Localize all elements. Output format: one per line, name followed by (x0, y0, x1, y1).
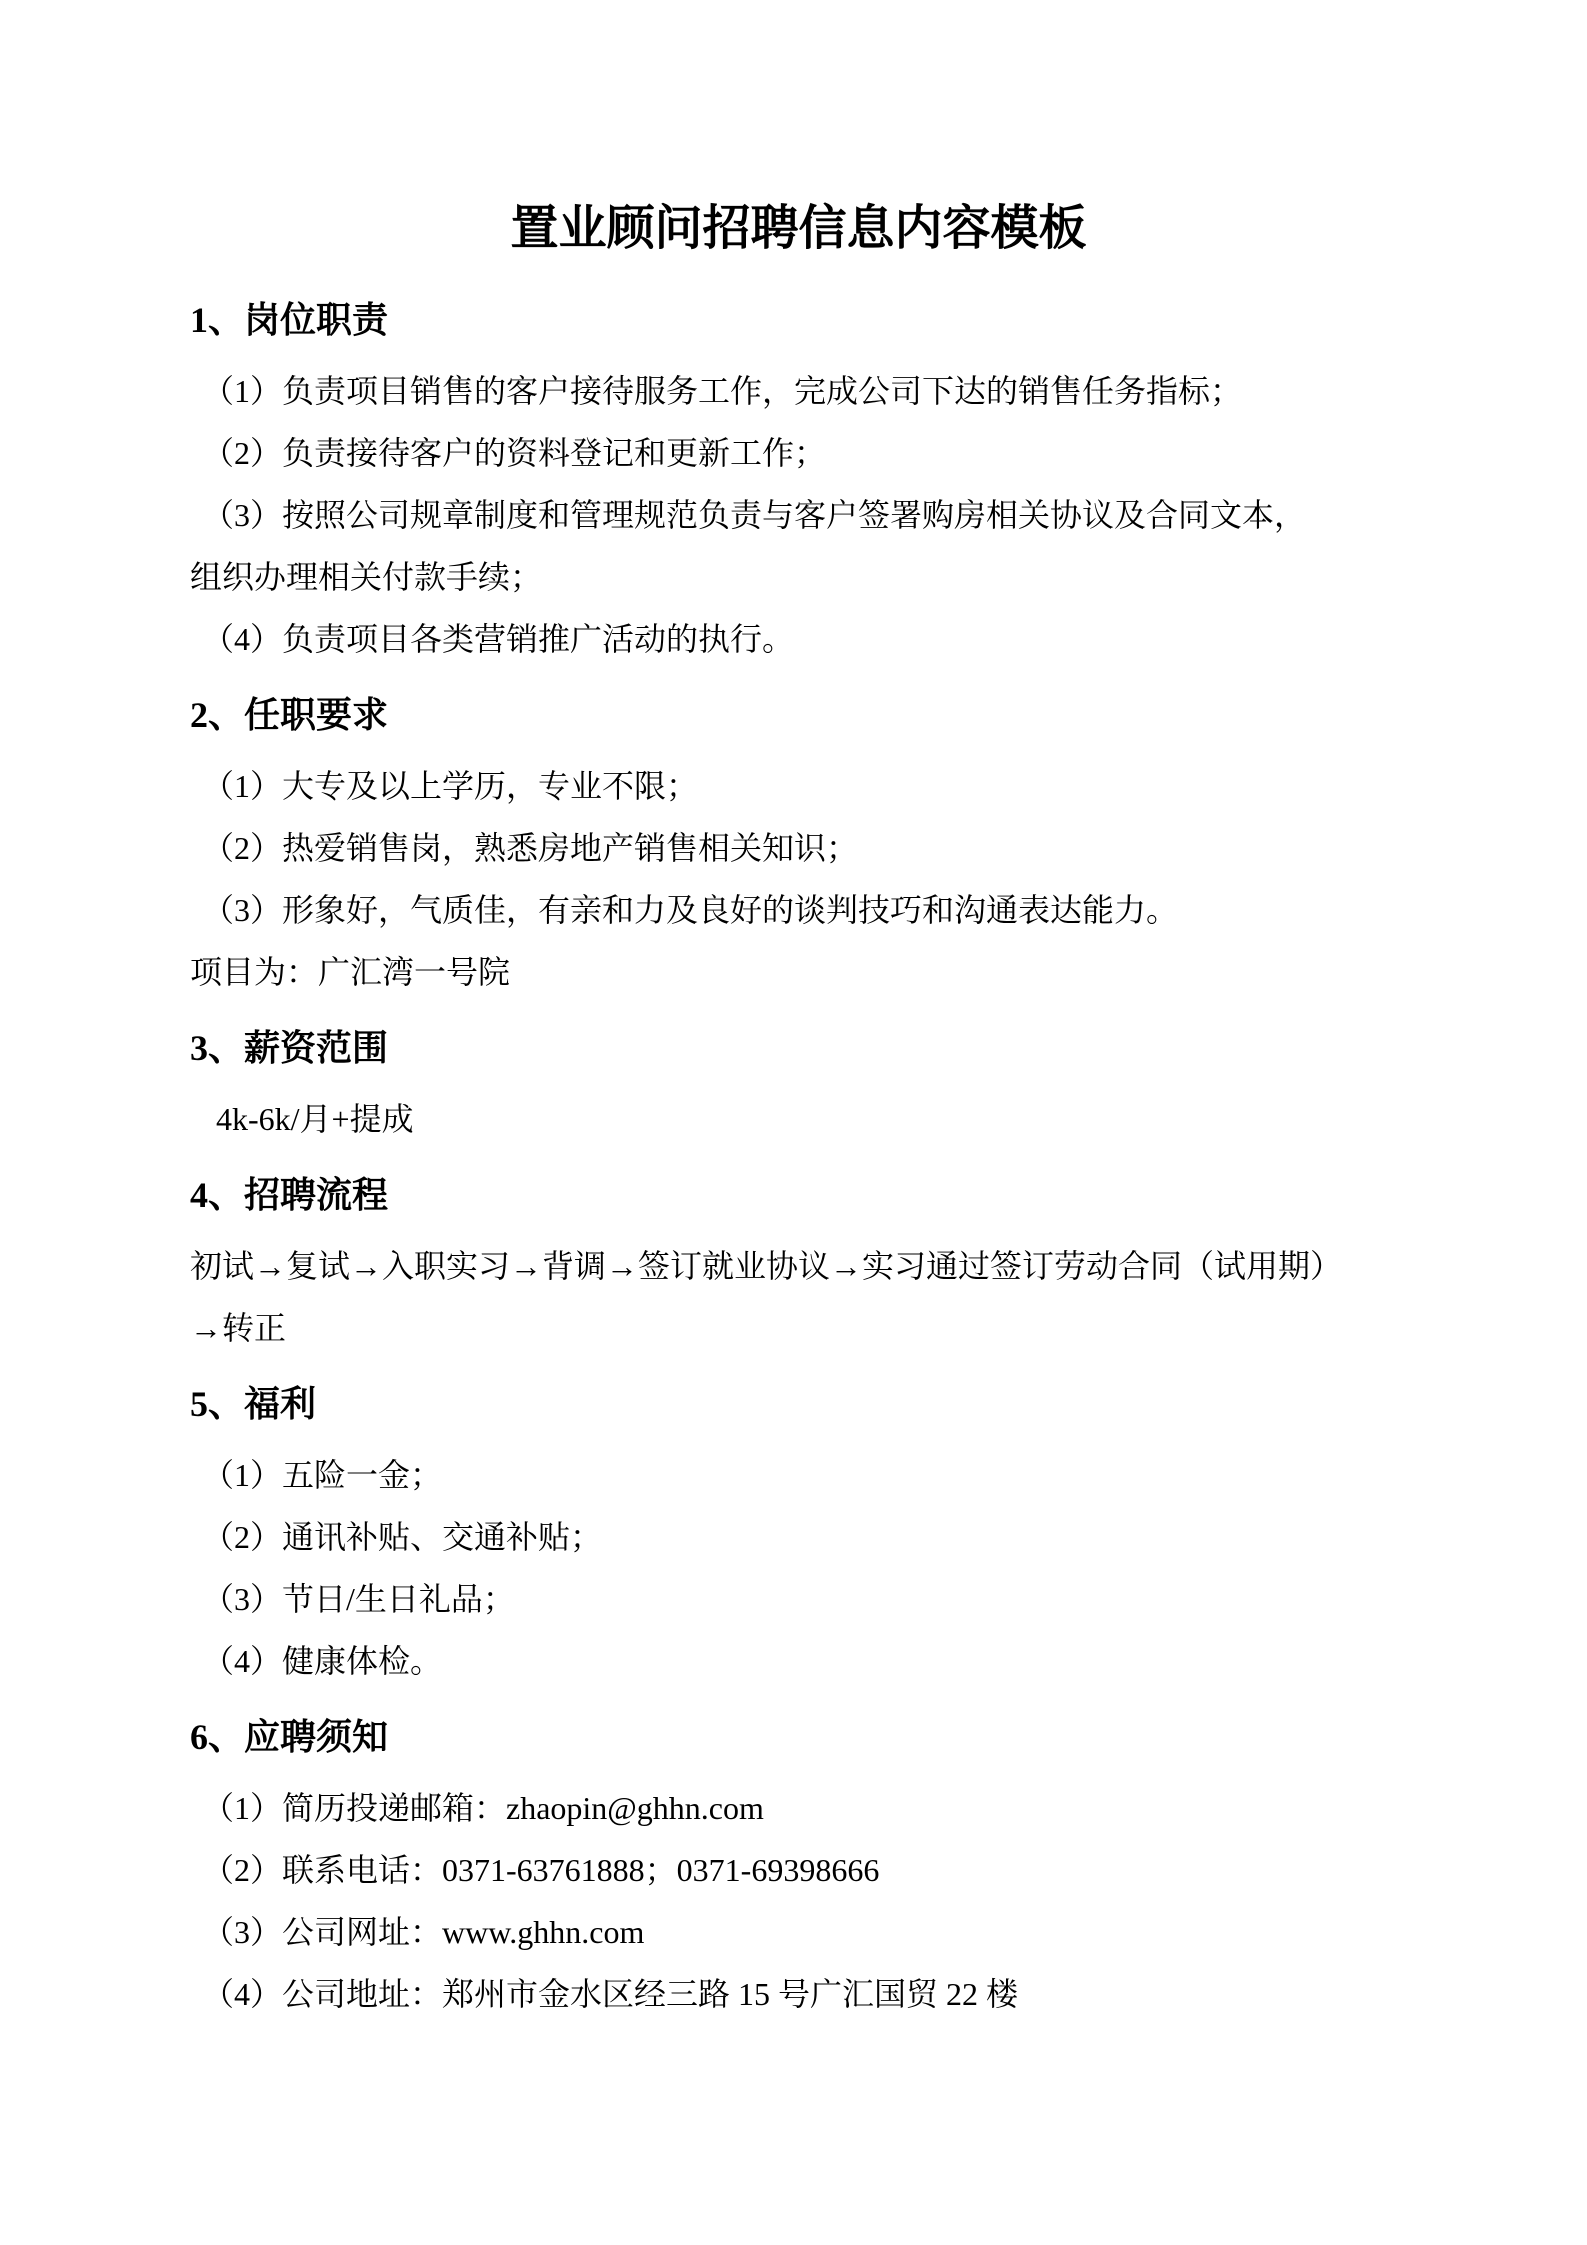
body-line: （2）热爱销售岗，熟悉房地产销售相关知识； (190, 817, 1407, 879)
body-line: （3）节日/生日礼品； (190, 1568, 1407, 1630)
body-line: （2）联系电话：0371-63761888；0371-69398666 (190, 1839, 1407, 1901)
body-line: （2）负责接待客户的资料登记和更新工作； (190, 422, 1407, 484)
section-heading: 4、招聘流程 (190, 1164, 1407, 1226)
body-line: （1）负责项目销售的客户接待服务工作，完成公司下达的销售任务指标； (190, 360, 1407, 422)
section-heading: 2、任职要求 (190, 684, 1407, 746)
body-line: （4）公司地址：郑州市金水区经三路 15 号广汇国贸 22 楼 (190, 1963, 1407, 2025)
body-line: （1）简历投递邮箱：zhaopin@ghhn.com (190, 1777, 1407, 1839)
body-line: →转正 (190, 1297, 1407, 1359)
document-page: 置业顾问招聘信息内容模板 1、岗位职责（1）负责项目销售的客户接待服务工作，完成… (0, 0, 1587, 2245)
body-line: 组织办理相关付款手续； (190, 546, 1407, 608)
section-heading: 1、岗位职责 (190, 289, 1407, 351)
body-line: （3）形象好，气质佳，有亲和力及良好的谈判技巧和沟通表达能力。 (190, 879, 1407, 941)
body-line: （1）五险一金； (190, 1444, 1407, 1506)
document-body: 1、岗位职责（1）负责项目销售的客户接待服务工作，完成公司下达的销售任务指标；（… (190, 289, 1407, 2025)
body-line: 项目为：广汇湾一号院 (190, 941, 1407, 1003)
document-title: 置业顾问招聘信息内容模板 (190, 201, 1407, 257)
body-line: 初试→复试→入职实习→背调→签订就业协议→实习通过签订劳动合同（试用期） (190, 1235, 1407, 1297)
body-line: （3）公司网址：www.ghhn.com (190, 1901, 1407, 1963)
body-line: （3）按照公司规章制度和管理规范负责与客户签署购房相关协议及合同文本， (190, 484, 1407, 546)
body-line: （4）健康体检。 (190, 1630, 1407, 1692)
section-heading: 5、福利 (190, 1373, 1407, 1435)
body-line: （4）负责项目各类营销推广活动的执行。 (190, 608, 1407, 670)
body-line: 4k-6k/月+提成 (190, 1088, 1407, 1150)
section-heading: 3、薪资范围 (190, 1017, 1407, 1079)
body-line: （2）通讯补贴、交通补贴； (190, 1506, 1407, 1568)
section-heading: 6、应聘须知 (190, 1706, 1407, 1768)
body-line: （1）大专及以上学历，专业不限； (190, 755, 1407, 817)
